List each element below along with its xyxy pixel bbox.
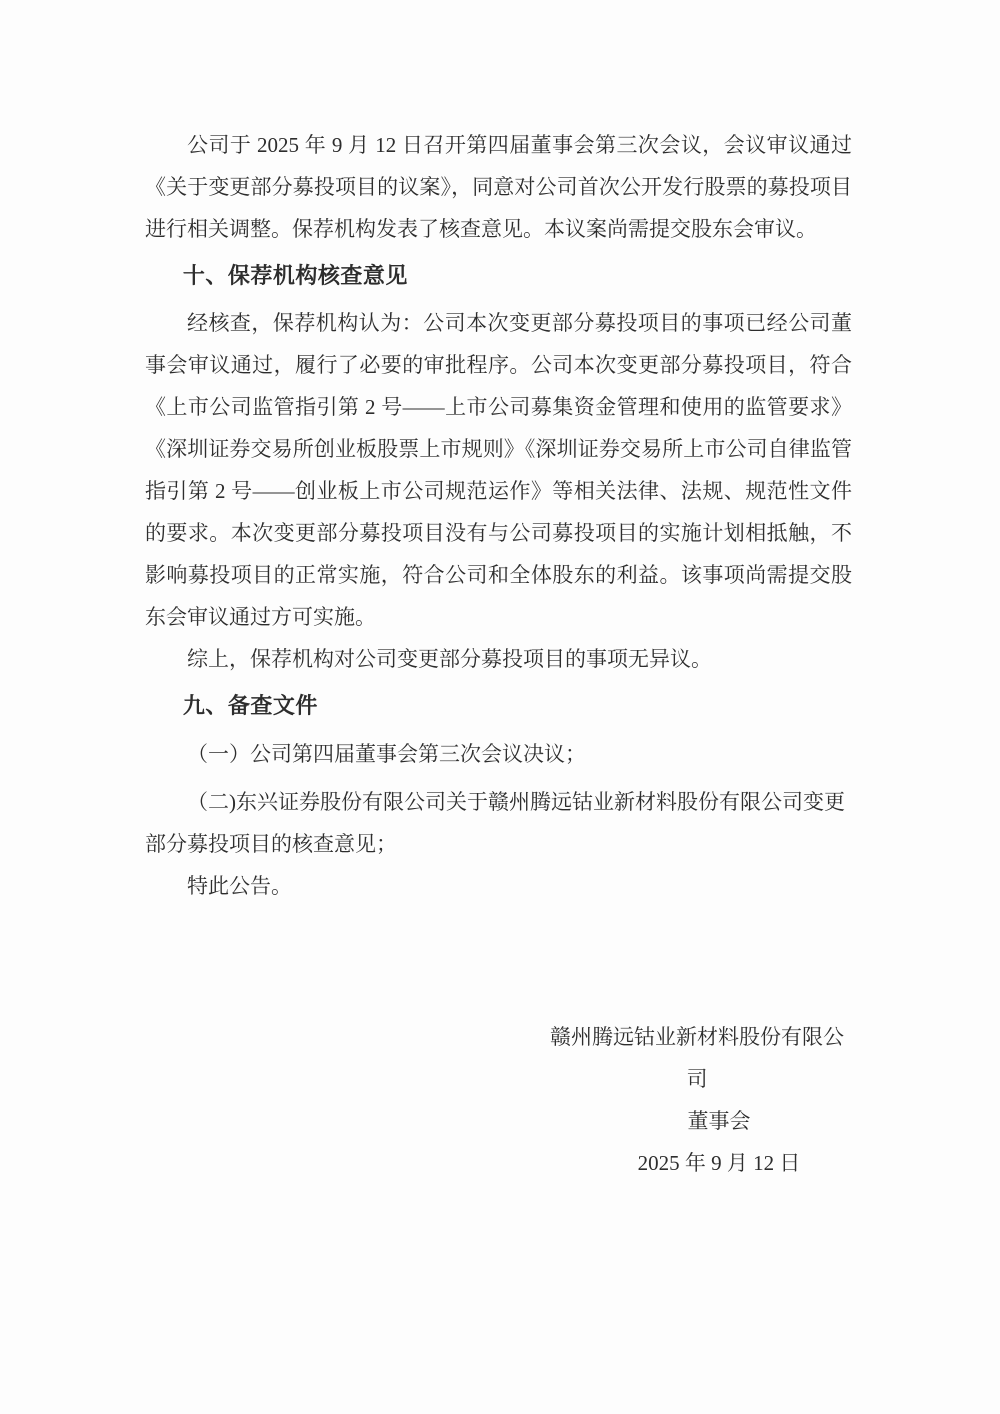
- reference-item-one: （一）公司第四届董事会第三次会议决议；: [145, 733, 852, 775]
- reference-item-two: （二)东兴证券股份有限公司关于赣州腾远钴业新材料股份有限公司变更部分募投项目的核…: [145, 781, 852, 865]
- document-page: 公司于 2025 年 9 月 12 日召开第四届董事会第三次会议，会议审议通过《…: [0, 0, 1000, 1414]
- paragraph-verification-opinion: 经核查，保荐机构认为：公司本次变更部分募投项目的事项已经公司董事会审议通过，履行…: [145, 302, 852, 638]
- paragraph-board-meeting: 公司于 2025 年 9 月 12 日召开第四届董事会第三次会议，会议审议通过《…: [145, 124, 852, 250]
- signature-block: 赣州腾远钴业新材料股份有限公司 董事会 2025 年 9 月 12 日: [546, 1016, 848, 1184]
- signature-date: 2025 年 9 月 12 日: [568, 1142, 870, 1184]
- heading-sponsor-opinion: 十、保荐机构核查意见: [145, 255, 852, 297]
- heading-reference-documents: 九、备查文件: [145, 685, 852, 727]
- paragraph-conclusion: 综上，保荐机构对公司变更部分募投项目的事项无异议。: [145, 638, 852, 680]
- signature-board-of-directors: 董事会: [568, 1100, 870, 1142]
- paragraph-announcement-closing: 特此公告。: [145, 865, 852, 907]
- signature-company-name: 赣州腾远钴业新材料股份有限公司: [546, 1016, 848, 1100]
